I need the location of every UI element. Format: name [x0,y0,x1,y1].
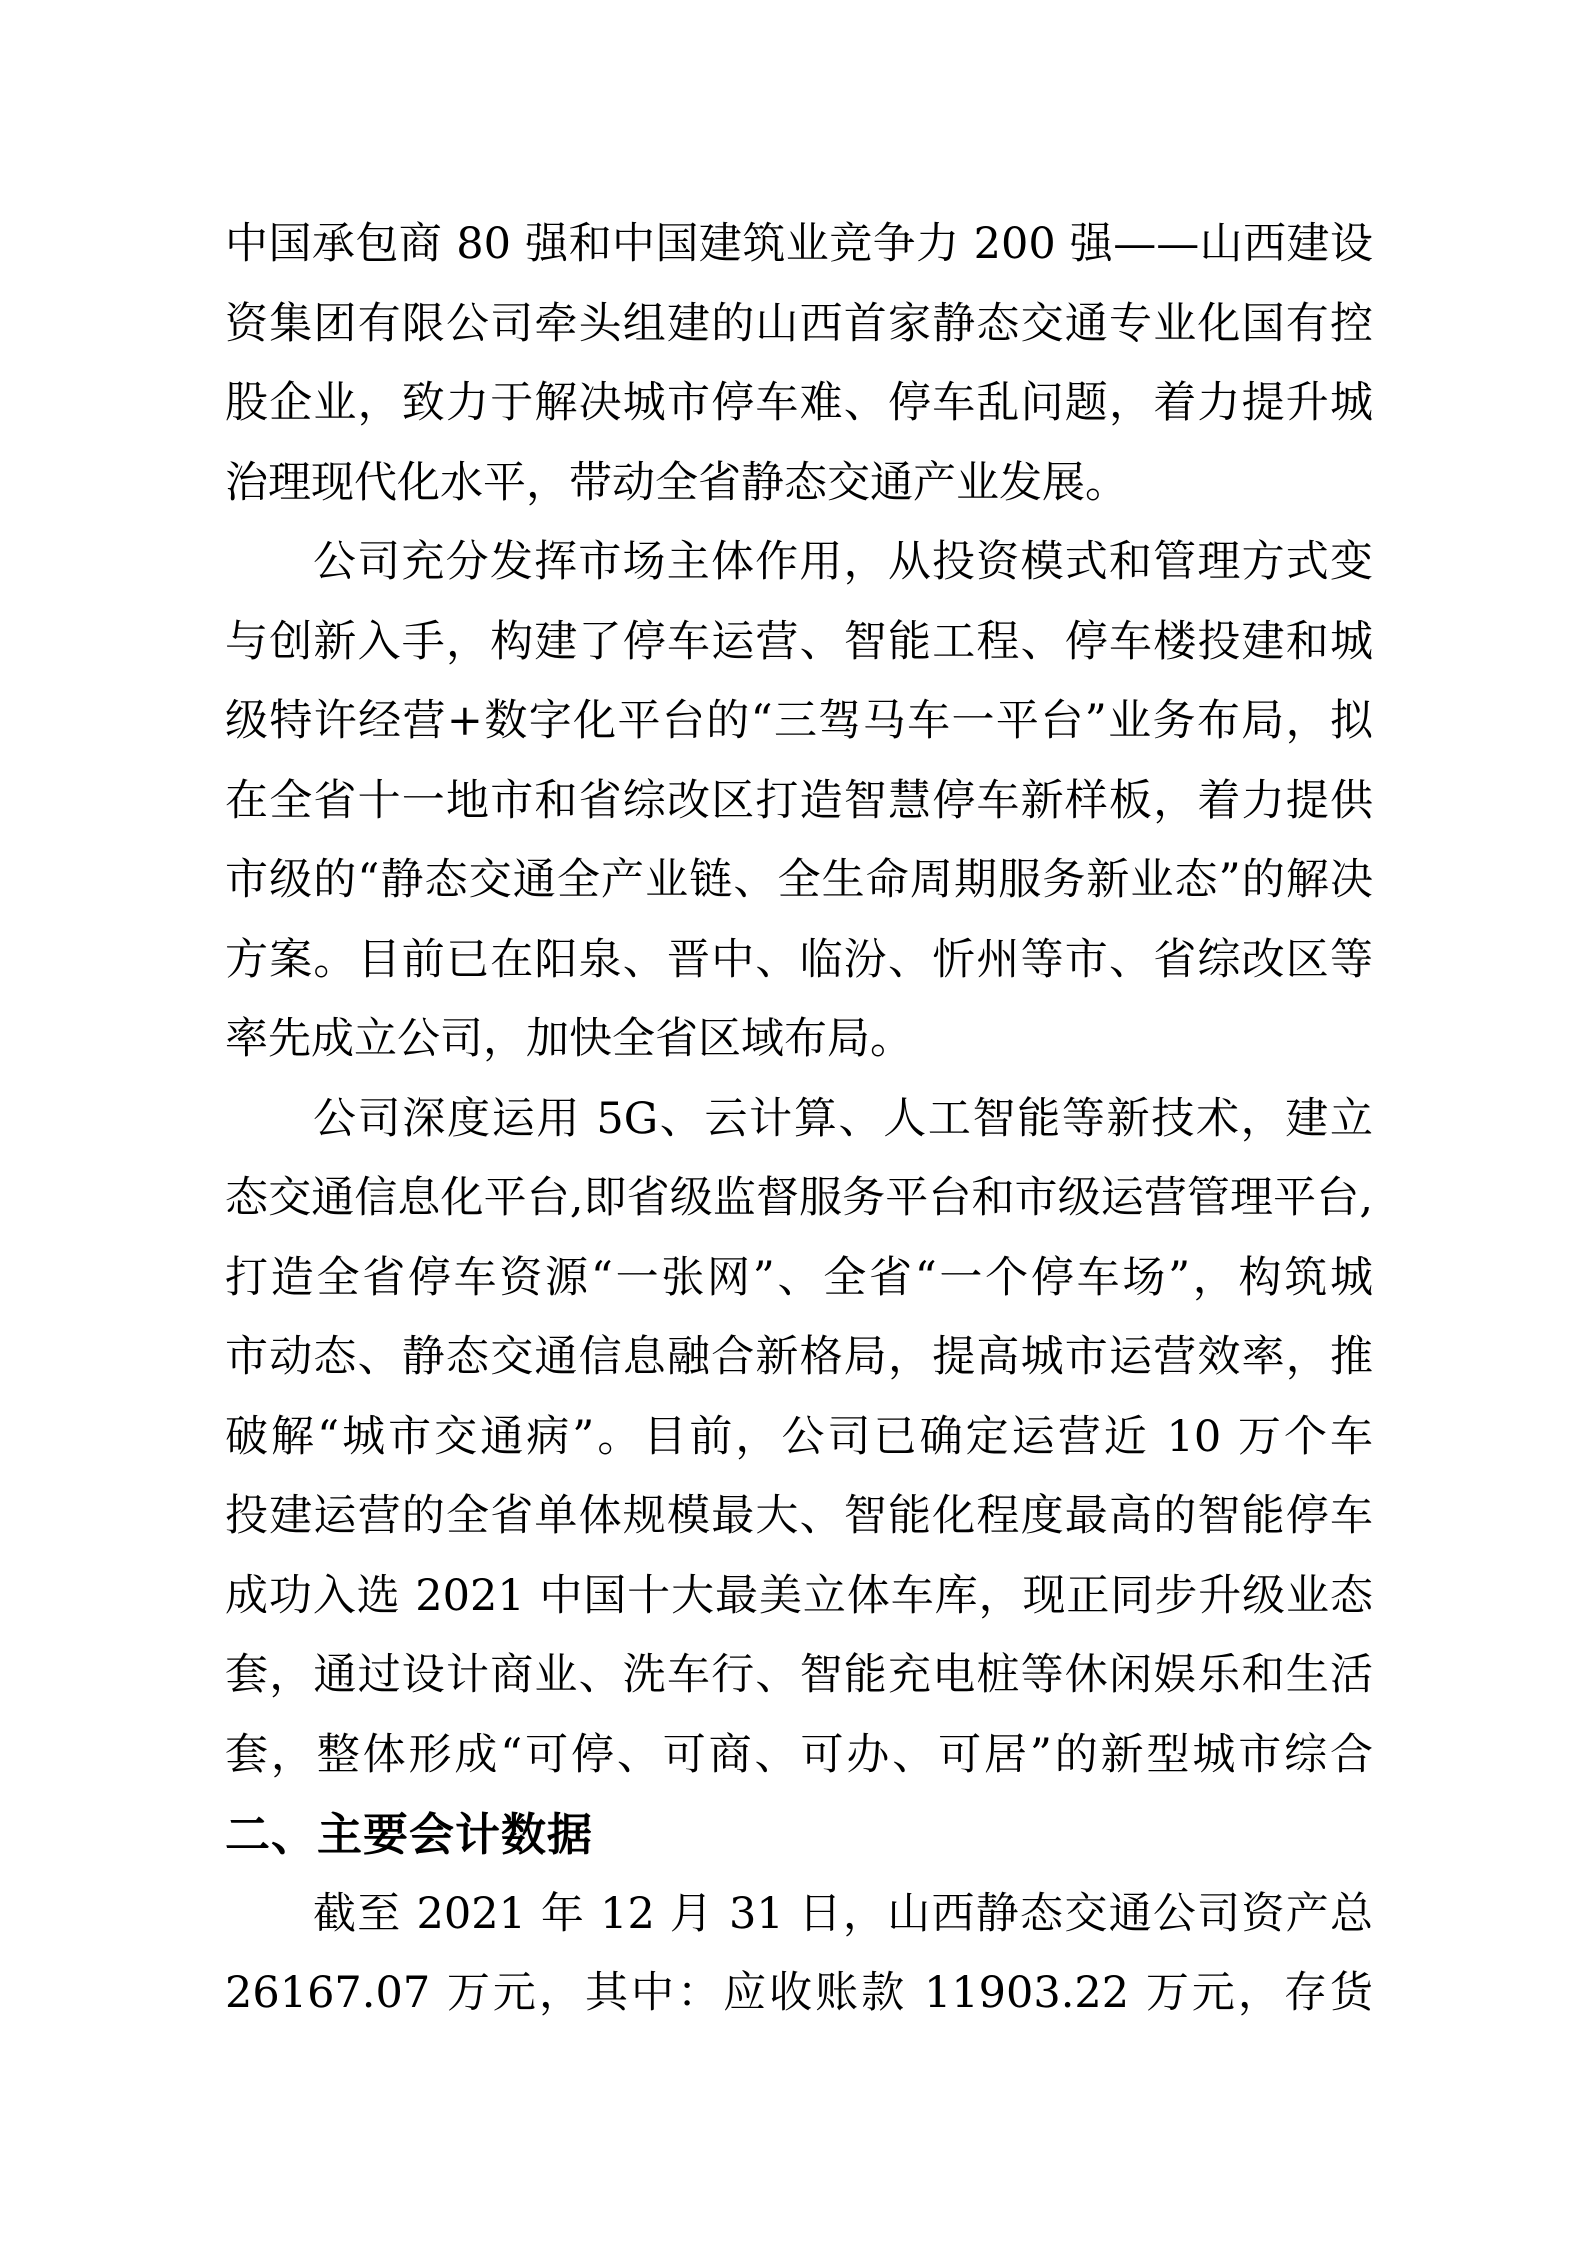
text-line: 套，整体形成“可停、可商、可办、可居”的新型城市综合体。 [225,1716,1373,1796]
text-line: 中国承包商 80 强和中国建筑业竞争力 200 强——山西建设投 [225,205,1373,285]
text-line: 级特许经营+数字化平台的“三驾马车一平台”业务布局，拟 [225,682,1373,762]
text-line: 截至 2021 年 12 月 31 日，山西静态交通公司资产总额 [225,1875,1373,1955]
text-line: 治理现代化水平，带动全省静态交通产业发展。 [225,444,1373,524]
text-line: 资集团有限公司牵头组建的山西首家静态交通专业化国有控 [225,285,1373,365]
text-line: 26167.07 万元，其中：应收账款 11903.22 万元，存货 8.42 [225,1954,1373,2034]
text-line: 破解“城市交通病”。目前，公司已确定运营近 10 万个车位， [225,1398,1373,1478]
text-line: 公司深度运用 5G、云计算、人工智能等新技术，建立静 [225,1080,1373,1160]
text-line: 股企业，致力于解决城市停车难、停车乱问题，着力提升城市 [225,364,1373,444]
text-line: 套，通过设计商业、洗车行、智能充电桩等休闲娱乐和生活配 [225,1636,1373,1716]
section-heading: 二、主要会计数据 [225,1795,1373,1875]
text-line: 方案。目前已在阳泉、晋中、临汾、忻州等市、省综改区等地 [225,921,1373,1001]
text-line: 投建运营的全省单体规模最大、智能化程度最高的智能停车楼 [225,1477,1373,1557]
text-line: 市动态、静态交通信息融合新格局，提高城市运营效率，推动 [225,1318,1373,1398]
text-line: 态交通信息化平台,即省级监督服务平台和市级运营管理平台, [225,1159,1373,1239]
document-body: 中国承包商 80 强和中国建筑业竞争力 200 强——山西建设投资集团有限公司牵… [225,205,1373,2034]
document-page: 中国承包商 80 强和中国建筑业竞争力 200 强——山西建设投资集团有限公司牵… [0,0,1587,2245]
text-line: 在全省十一地市和省综改区打造智慧停车新样板，着力提供城 [225,762,1373,842]
text-line: 成功入选 2021 中国十大最美立体车库，现正同步升级业态配 [225,1557,1373,1637]
text-line: 公司充分发挥市场主体作用，从投资模式和管理方式变革 [225,523,1373,603]
text-line: 打造全省停车资源“一张网”、全省“一个停车场”，构筑城 [225,1239,1373,1319]
text-line: 市级的“静态交通全产业链、全生命周期服务新业态”的解决 [225,841,1373,921]
text-line: 率先成立公司，加快全省区域布局。 [225,1000,1373,1080]
text-line: 与创新入手，构建了停车运营、智能工程、停车楼投建和城市 [225,603,1373,683]
